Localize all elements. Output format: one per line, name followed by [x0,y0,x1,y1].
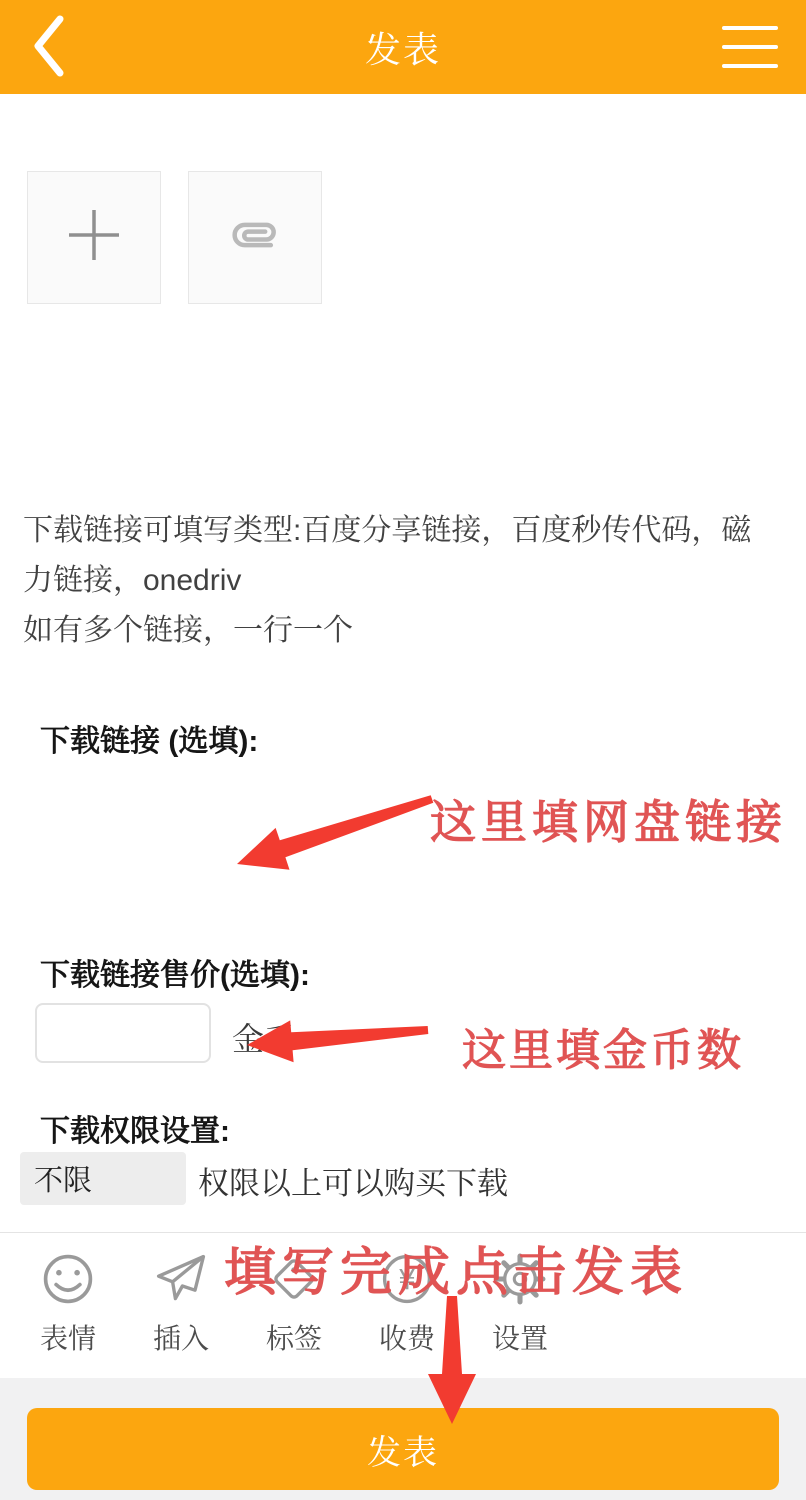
toolbar-item-label: 标签 [266,1317,322,1357]
hamburger-menu-icon [722,26,778,30]
toolbar-item-label: 设置 [492,1317,548,1357]
download-link-label: 下载链接 (选填): [40,716,258,760]
paper-plane-icon [152,1251,210,1307]
plus-icon [61,202,127,273]
permission-select[interactable]: 不限 [20,1152,186,1205]
header-bar: 发表 [0,0,806,94]
price-unit-label: 金币 [232,1014,296,1060]
permission-label: 下载权限设置: [40,1106,230,1150]
price-label: 下载链接售价(选填): [40,950,310,994]
permission-selected-value: 不限 [34,1158,92,1199]
add-image-button[interactable] [27,171,161,304]
chevron-left-icon [28,11,68,84]
back-button[interactable] [28,12,84,82]
permission-hint: 权限以上可以购买下载 [198,1158,508,1203]
smiley-icon [39,1251,97,1307]
instruction-line: 下载链接可填写类型:百度分享链接，百度秒传代码，磁力链接，onedriv [23,506,755,606]
annotation-link-note: 这里填网盘链接 [430,786,787,852]
price-input[interactable] [35,1003,211,1063]
annotation-publish-note: 填写完成点击发表 [224,1230,688,1305]
toolbar-item-insert[interactable]: 插入 [131,1251,231,1357]
annotation-price-note: 这里填金币数 [462,1014,744,1078]
post-content-textarea[interactable] [20,312,790,496]
link-instructions: 下载链接可填写类型:百度分享链接，百度秒传代码，磁力链接，onedriv 如有多… [23,506,755,656]
toolbar-item-label: 表情 [40,1317,96,1357]
instruction-line: 如有多个链接，一行一个 [23,606,755,656]
toolbar-item-emoji[interactable]: 表情 [18,1251,118,1357]
hamburger-menu-button[interactable] [722,20,784,74]
publish-screen: 发表 下载链接可填写类型:百度分享链接，百度秒传代码，磁力链接，onedriv … [0,0,806,1500]
publish-button[interactable]: 发表 [27,1408,779,1490]
toolbar-item-label: 插入 [153,1317,209,1357]
page-title: 发表 [365,22,441,73]
add-attachment-button[interactable] [188,171,322,304]
paperclip-icon [229,219,281,256]
toolbar-item-label: 收费 [379,1317,435,1357]
